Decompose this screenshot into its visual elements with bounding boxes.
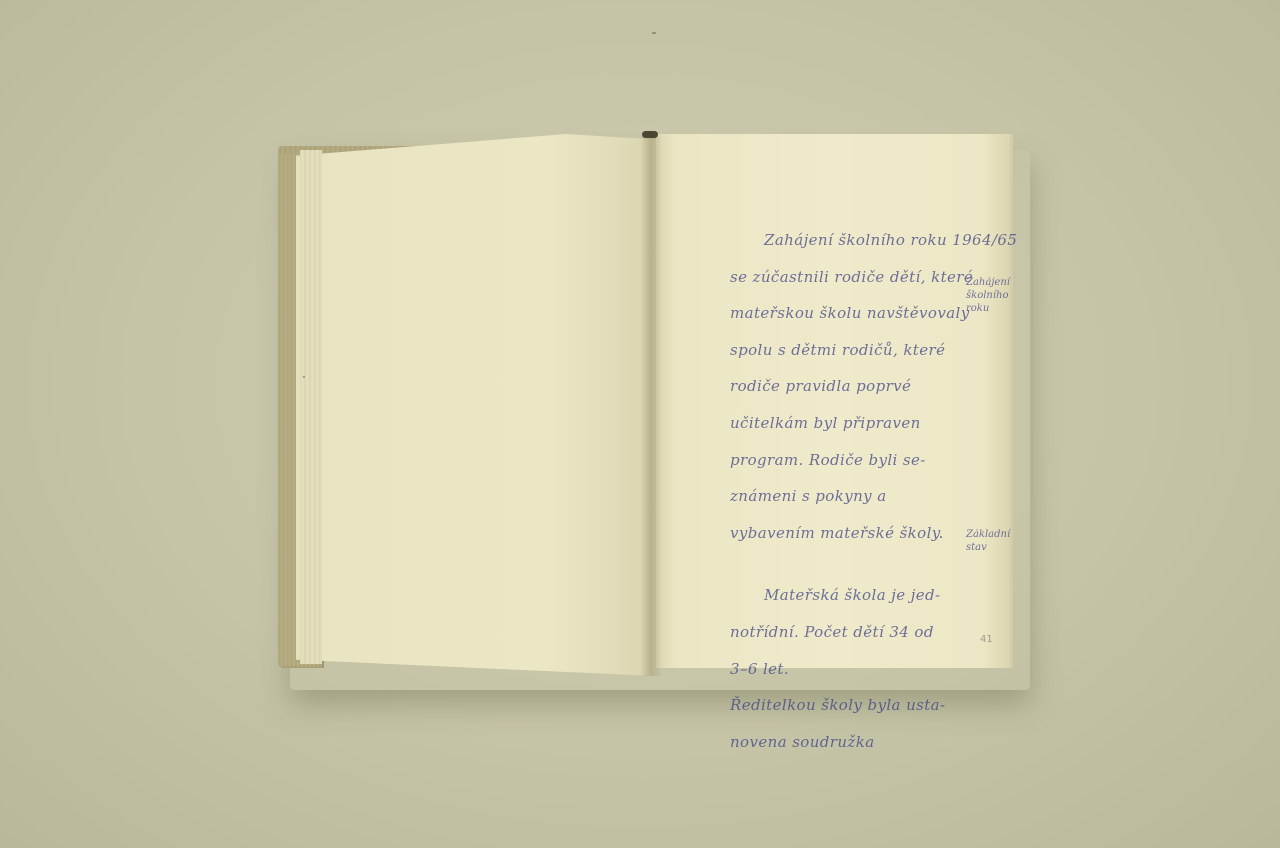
text-line: vybavením mateřské školy.: [730, 515, 970, 552]
text-line: novena soudružka: [730, 724, 970, 761]
text-line: notřídní. Počet dětí 34 od: [730, 614, 970, 651]
dust-speck: [303, 376, 305, 378]
text-line: program. Rodiče byli se-: [730, 442, 970, 479]
left-page: [296, 134, 656, 676]
text-line: 3–6 let.: [730, 651, 970, 688]
binding-thread: [642, 131, 658, 138]
handwritten-text: Zahájení školního roku 1964/65 se zúčast…: [730, 222, 970, 760]
text-line: mateřskou školu navštěvovaly: [730, 295, 970, 332]
dust-speck: [652, 32, 656, 34]
margin-note-school-year-start: Zahájení školního roku: [966, 276, 1016, 315]
text-line: spolu s dětmi rodičů, které: [730, 332, 970, 369]
text-line: se zúčastnili rodiče dětí, které: [730, 259, 970, 296]
book-gutter: [640, 136, 662, 676]
text-line: Ředitelkou školy byla usta-: [730, 687, 970, 724]
text-line: Mateřská škola je jed-: [730, 577, 970, 614]
text-line: rodiče pravidla poprvé: [730, 368, 970, 405]
page-number: 41: [980, 634, 993, 645]
text-line: známeni s pokyny a: [730, 478, 970, 515]
margin-note-base-status: Základní stav: [966, 528, 1016, 554]
text-line: Zahájení školního roku 1964/65: [730, 222, 970, 259]
left-page-edges: [300, 150, 322, 664]
text-line: učitelkám byl připraven: [730, 405, 970, 442]
